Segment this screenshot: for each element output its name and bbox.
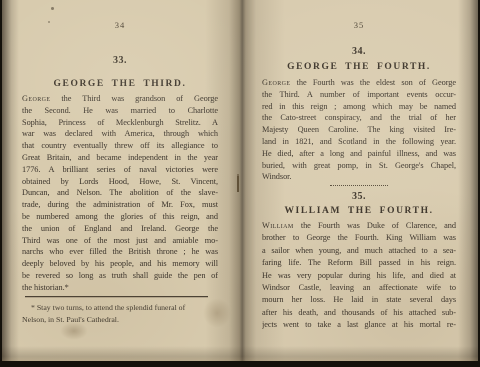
body-line: William the Fourth was Duke of Clarence,… (262, 220, 456, 232)
body-line: jects went to take a last glance at his … (262, 319, 456, 331)
body-line: the union of England and Ireland. George… (22, 223, 218, 235)
footnote: * Stay two turns, to attend the splendid… (22, 302, 218, 325)
body-line: 1776. A brilliant series of naval victor… (22, 164, 218, 176)
body-line: brother to George the Fourth. King Willi… (262, 232, 456, 244)
body-line-text: the Fourth was Duke of Clarence, and (294, 221, 456, 230)
body-line: after his death, and thousands of his at… (262, 307, 456, 319)
body-line: deeply beloved by his people, and his me… (22, 258, 218, 270)
page-number: 34 (22, 20, 218, 30)
body-line: Windsor. (262, 171, 456, 183)
body-line: Duncan, and Nelson. The abolition of the… (22, 187, 218, 199)
body-line: Majesty Queen Caroline. The king visited… (262, 124, 456, 136)
page-left: 34 33. GEORGE THE THIRD. George the Thir… (3, 0, 241, 361)
footnote-line: Nelson, in St. Paul's Cathedral. (22, 314, 218, 326)
body-line-text: the Third was grandson of George (50, 94, 218, 103)
body-line-text: the Fourth was the eldest son of George (290, 78, 456, 87)
lead-word: William (262, 221, 294, 230)
section-title: GEORGE THE FOURTH. (262, 62, 456, 72)
section-body: George the Third was grandson of George … (22, 93, 218, 294)
separator-rule (330, 185, 388, 186)
body-line: trade, during the administration of Mr. … (22, 199, 218, 211)
body-line: Third was one of the most just and amiab… (22, 235, 218, 247)
section-title: WILLIAM THE FOURTH. (262, 206, 456, 216)
body-line: red in this reign ; among which may be n… (262, 101, 456, 113)
body-line: George the Fourth was the eldest son of … (262, 77, 456, 89)
body-line: the historian.* (22, 282, 218, 294)
page-number: 35 (262, 20, 456, 30)
body-line: obtained by Lords Hood, Howe, St. Vincen… (22, 176, 218, 188)
section-title: GEORGE THE THIRD. (22, 79, 218, 89)
body-line: a sailor when young, and much attached t… (262, 245, 456, 257)
book-scan: 34 33. GEORGE THE THIRD. George the Thir… (2, 0, 478, 361)
body-line: the Third. A number of important events … (262, 89, 456, 101)
footnote-rule (25, 296, 208, 297)
body-line: narchs who ever filled the British thron… (22, 246, 218, 258)
body-line: be revered so long as truth shall guide … (22, 270, 218, 282)
body-line: buried, with great pomp, in St. George's… (262, 160, 456, 172)
body-line: Sophia, Princess of Mecklenburgh Strelit… (22, 117, 218, 129)
body-line: the Cato-street conspiracy, and the tria… (262, 112, 456, 124)
body-line: war was declared with America, through w… (22, 128, 218, 140)
body-line: that country eventually threw off its al… (22, 140, 218, 152)
section-number: 35. (262, 191, 456, 202)
body-line: land in 1821, and Scotland in the follow… (262, 136, 456, 148)
body-line: Windsor Castle, leaving an affectionate … (262, 282, 456, 294)
section-number: 34. (262, 46, 456, 57)
body-line: George the Third was grandson of George (22, 93, 218, 105)
page-right: 35 34. GEORGE THE FOURTH. George the Fou… (241, 0, 478, 361)
lead-word: George (262, 78, 290, 87)
section-body: William the Fourth was Duke of Clarence,… (262, 220, 456, 332)
body-line: faring life. The Reform Bill passed in h… (262, 257, 456, 269)
section-number: 33. (22, 55, 218, 66)
body-line: be numbered among the glories of this re… (22, 211, 218, 223)
body-line: He died, after a long and painful illnes… (262, 148, 456, 160)
section-body: George the Fourth was the eldest son of … (262, 77, 456, 183)
lead-word: George (22, 94, 50, 103)
body-line: the Second. He was married to Charlotte (22, 105, 218, 117)
body-line: Great Britain, and became independent in… (22, 152, 218, 164)
body-line: mourn her loss. He laid in state several… (262, 294, 456, 306)
body-line: He was very popular during his life, and… (262, 270, 456, 282)
footnote-line: * Stay two turns, to attend the splendid… (22, 302, 218, 314)
